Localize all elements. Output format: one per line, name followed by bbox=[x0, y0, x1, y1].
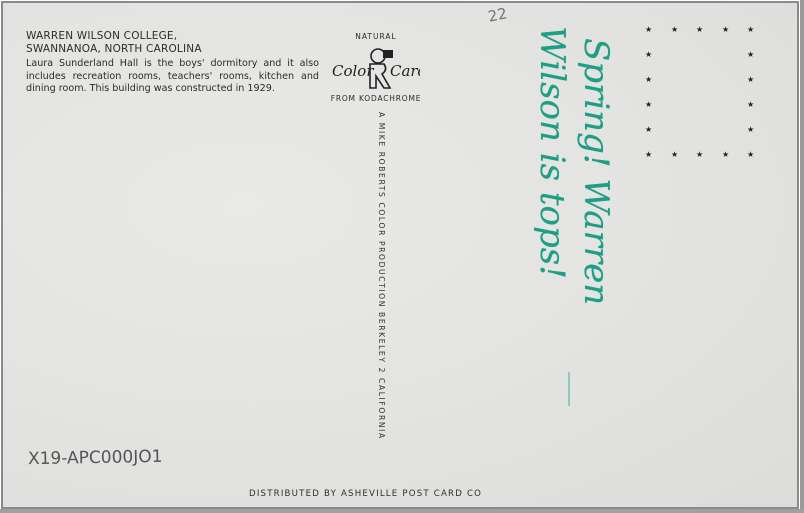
star-icon: ★ bbox=[645, 51, 652, 59]
vertical-credit-line: A MIKE ROBERTS COLOR PRODUCTION BERKELEY… bbox=[377, 112, 386, 440]
postcard-description: Laura Sunderland Hall is the boys' dormi… bbox=[26, 58, 319, 96]
star-icon: ★ bbox=[747, 151, 754, 159]
star-icon: ★ bbox=[722, 26, 729, 34]
ink-stroke bbox=[568, 372, 570, 406]
stamp-box: ★ ★ ★ ★ ★ ★ ★ ★ ★ ★ ★ ★ ★ ★ ★ ★ ★ ★ bbox=[640, 24, 760, 164]
handwritten-message-line-1: Spring! Warren bbox=[576, 38, 616, 305]
svg-text:Card: Card bbox=[390, 62, 420, 80]
title-line-2: SWANNANOA, NORTH CAROLINA bbox=[26, 43, 202, 55]
color-card-logo: NATURAL Color Card FROM KODACHROME bbox=[326, 30, 426, 110]
star-icon: ★ bbox=[747, 101, 754, 109]
star-icon: ★ bbox=[747, 126, 754, 134]
camera-man-icon: Color Card bbox=[332, 42, 420, 92]
star-icon: ★ bbox=[747, 51, 754, 59]
star-icon: ★ bbox=[671, 26, 678, 34]
svg-text:Color: Color bbox=[332, 62, 374, 80]
star-icon: ★ bbox=[696, 26, 703, 34]
distributor-line: DISTRIBUTED BY ASHEVILLE POST CARD CO bbox=[249, 489, 482, 499]
title-line-1: WARREN WILSON COLLEGE, bbox=[26, 30, 177, 42]
star-icon: ★ bbox=[645, 76, 652, 84]
star-icon: ★ bbox=[671, 151, 678, 159]
scan-edge-bottom bbox=[0, 509, 804, 513]
star-icon: ★ bbox=[645, 126, 652, 134]
scan-edge-right bbox=[800, 0, 804, 513]
star-icon: ★ bbox=[645, 26, 652, 34]
star-icon: ★ bbox=[645, 101, 652, 109]
star-icon: ★ bbox=[747, 76, 754, 84]
catalog-id-handwritten: X19-APC000JO1 bbox=[28, 447, 163, 469]
handwritten-message-line-2: Wilson is tops! bbox=[532, 26, 572, 279]
star-icon: ★ bbox=[696, 151, 703, 159]
star-icon: ★ bbox=[747, 26, 754, 34]
logo-natural-text: NATURAL bbox=[326, 32, 426, 41]
postcard-title: WARREN WILSON COLLEGE, SWANNANOA, NORTH … bbox=[26, 30, 202, 55]
star-icon: ★ bbox=[722, 151, 729, 159]
logo-from-text: FROM KODACHROME bbox=[326, 94, 426, 103]
star-icon: ★ bbox=[645, 151, 652, 159]
